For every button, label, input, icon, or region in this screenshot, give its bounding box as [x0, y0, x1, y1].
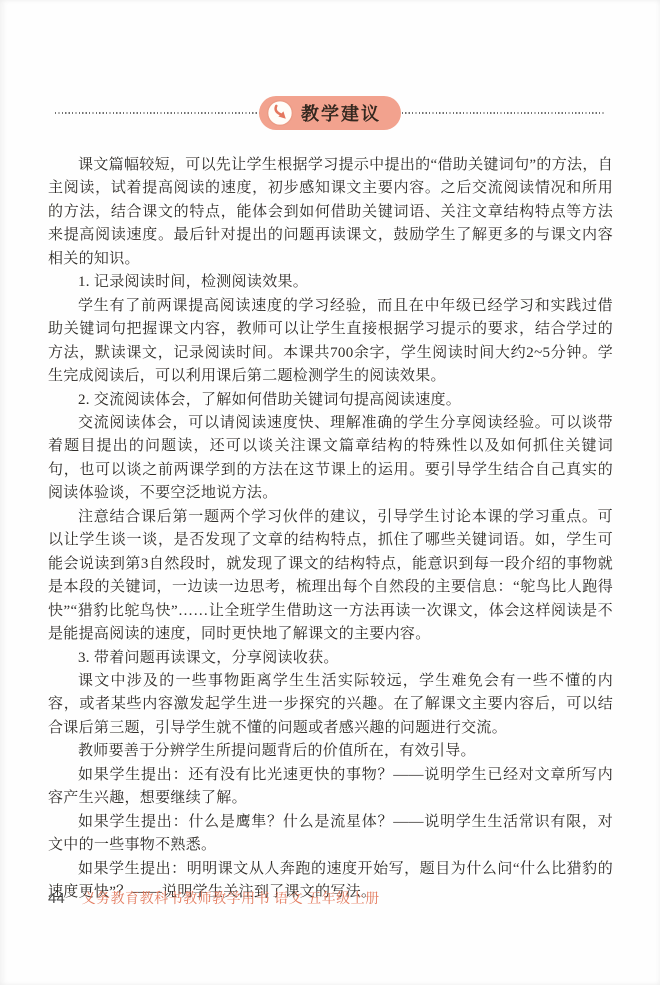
arrow-down-right-circle-icon: [266, 99, 294, 127]
paragraph: 课文篇幅较短，可以先让学生根据学习提示中提出的“借助关键词句”的方法，自主阅读，…: [48, 154, 613, 271]
page-footer: 44 义务教育教科书教师教学用书 语文 五年级上册: [48, 888, 380, 908]
page-number: 44: [48, 890, 65, 907]
paragraph: 如果学生提出：什么是鹰隼？什么是流星体？——说明学生生活常识有限，对文中的一些事…: [48, 811, 613, 858]
section-header: 教学建议: [0, 96, 660, 130]
paragraph: 注意结合课后第一题两个学习伙伴的建议，引导学生讨论本课的学习重点。可以让学生谈一…: [48, 506, 613, 647]
paragraph: 2. 交流阅读体会，了解如何借助关键词句提高阅读速度。: [48, 389, 613, 412]
paragraph: 如果学生提出：还有没有比光速更快的事物？——说明学生已经对文章所写内容产生兴趣，…: [48, 764, 613, 811]
paragraph: 课文中涉及的一些事物距离学生生活实际较远，学生难免会有一些不懂的内容，或者某些内…: [48, 670, 613, 740]
paragraph: 3. 带着问题再读课文，分享阅读收获。: [48, 647, 613, 670]
section-badge: 教学建议: [259, 96, 401, 130]
paragraph: 学生有了前两课提高阅读速度的学习经验，而且在中年级已经学习和实践过借助关键词句把…: [48, 295, 613, 389]
paragraph: 教师要善于分辨学生所提问题背后的价值所在，有效引导。: [48, 740, 613, 763]
book-page: 教学建议 课文篇幅较短，可以先让学生根据学习提示中提出的“借助关键词句”的方法，…: [0, 0, 660, 985]
section-title: 教学建议: [301, 100, 381, 126]
body-text: 课文篇幅较短，可以先让学生根据学习提示中提出的“借助关键词句”的方法，自主阅读，…: [48, 154, 613, 905]
paragraph: 交流阅读体会，可以请阅读速度快、理解准确的学生分享阅读经验。可以谈带着题目提出的…: [48, 412, 613, 506]
paragraph: 1. 记录阅读时间，检测阅读效果。: [48, 271, 613, 294]
book-title: 义务教育教科书教师教学用书 语文 五年级上册: [82, 888, 380, 908]
